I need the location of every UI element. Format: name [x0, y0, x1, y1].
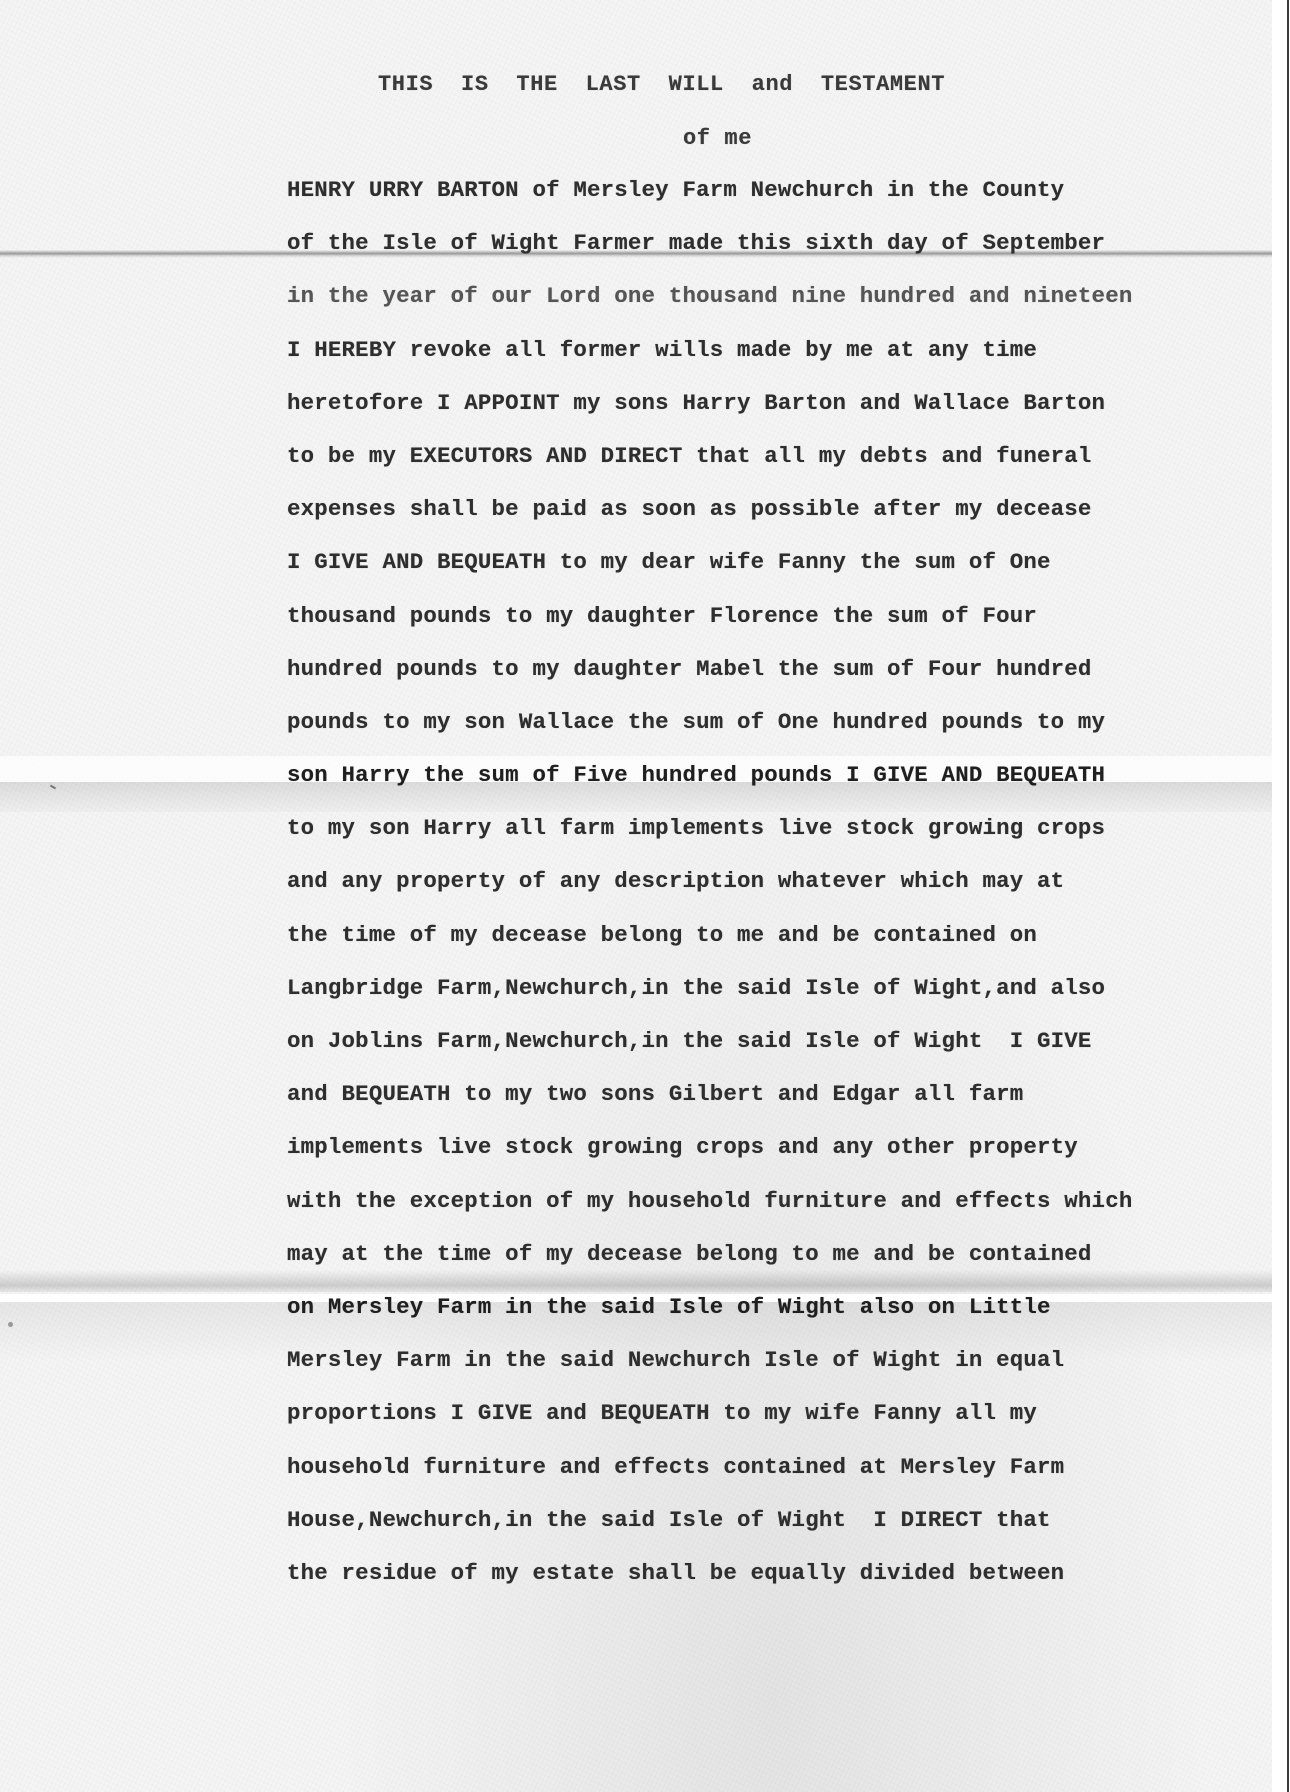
text-line: of the Isle of Wight Farmer made this si… [287, 225, 1132, 278]
text-line: son Harry the sum of Five hundred pounds… [287, 757, 1132, 810]
scanned-will-page: THIS IS THE LAST WILL and TESTAMENT of m… [0, 0, 1290, 1792]
text-line: pounds to my son Wallace the sum of One … [287, 704, 1132, 757]
text-line: I GIVE AND BEQUEATH to my dear wife Fann… [287, 544, 1132, 597]
text-line: with the exception of my household furni… [287, 1183, 1132, 1236]
text-line: the residue of my estate shall be equall… [287, 1555, 1132, 1608]
text-line: Mersley Farm in the said Newchurch Isle … [287, 1342, 1132, 1395]
text-line: heretofore I APPOINT my sons Harry Barto… [287, 385, 1132, 438]
text-line: in the year of our Lord one thousand nin… [287, 278, 1132, 331]
text-line: household furniture and effects containe… [287, 1449, 1132, 1502]
will-body-text: HENRY URRY BARTON of Mersley Farm Newchu… [287, 172, 1132, 1608]
text-line: expenses shall be paid as soon as possib… [287, 491, 1132, 544]
text-line: to be my EXECUTORS AND DIRECT that all m… [287, 438, 1132, 491]
text-line: proportions I GIVE and BEQUEATH to my wi… [287, 1395, 1132, 1448]
text-line: on Joblins Farm,Newchurch,in the said Is… [287, 1023, 1132, 1076]
text-line: HENRY URRY BARTON of Mersley Farm Newchu… [287, 172, 1132, 225]
scan-edge-line [1287, 0, 1289, 1792]
text-line: to my son Harry all farm implements live… [287, 810, 1132, 863]
text-line: I HEREBY revoke all former wills made by… [287, 332, 1132, 385]
text-line: Langbridge Farm,Newchurch,in the said Is… [287, 970, 1132, 1023]
document-subtitle: of me [683, 126, 752, 151]
text-line: on Mersley Farm in the said Isle of Wigh… [287, 1289, 1132, 1342]
text-line: and any property of any description what… [287, 863, 1132, 916]
text-line: House,Newchurch,in the said Isle of Wigh… [287, 1502, 1132, 1555]
paper-speck [8, 1322, 13, 1327]
text-line: the time of my decease belong to me and … [287, 917, 1132, 970]
text-line: hundred pounds to my daughter Mabel the … [287, 651, 1132, 704]
document-title: THIS IS THE LAST WILL and TESTAMENT [378, 72, 945, 97]
text-line: thousand pounds to my daughter Florence … [287, 598, 1132, 651]
text-line: and BEQUEATH to my two sons Gilbert and … [287, 1076, 1132, 1129]
text-line: implements live stock growing crops and … [287, 1129, 1132, 1182]
text-line: may at the time of my decease belong to … [287, 1236, 1132, 1289]
